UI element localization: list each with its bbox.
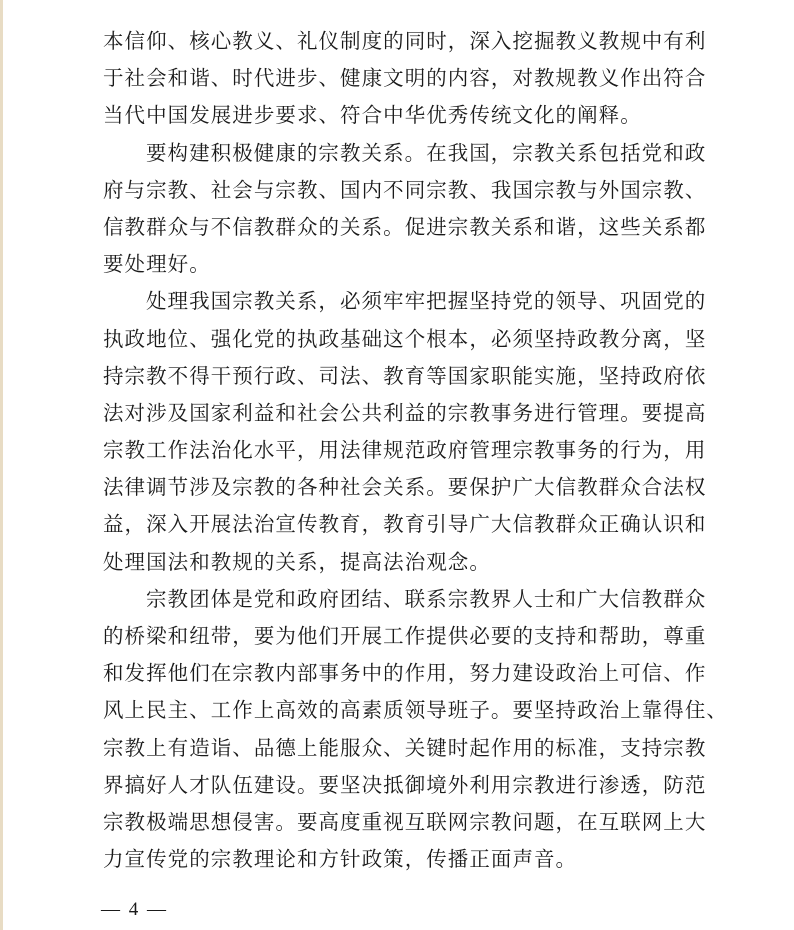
text-line: 界搞好人才队伍建设。要坚决抵御境外利用宗教进行渗透，防范 bbox=[103, 767, 693, 804]
text-line: 于社会和谐、时代进步、健康文明的内容，对教规教义作出符合 bbox=[103, 60, 693, 97]
text-line: 益，深入开展法治宣传教育，教育引导广大信教群众正确认识和 bbox=[103, 506, 693, 543]
text-line: 执政地位、强化党的执政基础这个根本，必须坚持政教分离，坚 bbox=[103, 321, 693, 358]
paragraph-3: 处理我国宗教关系，必须牢牢把握坚持党的领导、巩固党的 执政地位、强化党的执政基础… bbox=[103, 283, 693, 581]
text-line: 力宣传党的宗教理论和方针政策，传播正面声音。 bbox=[103, 841, 693, 878]
paragraph-2: 要构建积极健康的宗教关系。在我国，宗教关系包括党和政 府与宗教、社会与宗教、国内… bbox=[103, 135, 693, 284]
text-line: 法对涉及国家利益和社会公共利益的宗教事务进行管理。要提高 bbox=[103, 395, 693, 432]
text-line: 持宗教不得干预行政、司法、教育等国家职能实施，坚持政府依 bbox=[103, 358, 693, 395]
text-line: 处理我国宗教关系，必须牢牢把握坚持党的领导、巩固党的 bbox=[103, 283, 693, 320]
text-line: 处理国法和教规的关系，提高法治观念。 bbox=[103, 544, 693, 581]
page-edge-strip bbox=[0, 0, 3, 930]
text-line: 的桥梁和纽带，要为他们开展工作提供必要的支持和帮助，尊重 bbox=[103, 618, 693, 655]
text-line: 风上民主、工作上高效的高素质领导班子。要坚持政治上靠得住、 bbox=[103, 692, 693, 729]
text-line: 和发挥他们在宗教内部事务中的作用，努力建设政治上可信、作 bbox=[103, 655, 693, 692]
text-line: 当代中国发展进步要求、符合中华优秀传统文化的阐释。 bbox=[103, 97, 693, 134]
text-line: 要处理好。 bbox=[103, 246, 693, 283]
text-line: 宗教工作法治化水平，用法律规范政府管理宗教事务的行为，用 bbox=[103, 432, 693, 469]
text-line: 法律调节涉及宗教的各种社会关系。要保护广大信教群众合法权 bbox=[103, 469, 693, 506]
text-line: 信教群众与不信教群众的关系。促进宗教关系和谐，这些关系都 bbox=[103, 209, 693, 246]
page-number: — 4 — bbox=[101, 899, 168, 921]
text-line: 府与宗教、社会与宗教、国内不同宗教、我国宗教与外国宗教、 bbox=[103, 172, 693, 209]
text-line: 宗教上有造诣、品德上能服众、关键时起作用的标准，支持宗教 bbox=[103, 730, 693, 767]
text-line: 本信仰、核心教义、礼仪制度的同时，深入挖掘教义教规中有利 bbox=[103, 23, 693, 60]
text-line: 要构建积极健康的宗教关系。在我国，宗教关系包括党和政 bbox=[103, 135, 693, 172]
text-line: 宗教极端思想侵害。要高度重视互联网宗教问题，在互联网上大 bbox=[103, 804, 693, 841]
paragraph-1: 本信仰、核心教义、礼仪制度的同时，深入挖掘教义教规中有利 于社会和谐、时代进步、… bbox=[103, 23, 693, 135]
text-line: 宗教团体是党和政府团结、联系宗教界人士和广大信教群众 bbox=[103, 581, 693, 618]
document-body: 本信仰、核心教义、礼仪制度的同时，深入挖掘教义教规中有利 于社会和谐、时代进步、… bbox=[103, 23, 693, 878]
paragraph-4: 宗教团体是党和政府团结、联系宗教界人士和广大信教群众 的桥梁和纽带，要为他们开展… bbox=[103, 581, 693, 879]
